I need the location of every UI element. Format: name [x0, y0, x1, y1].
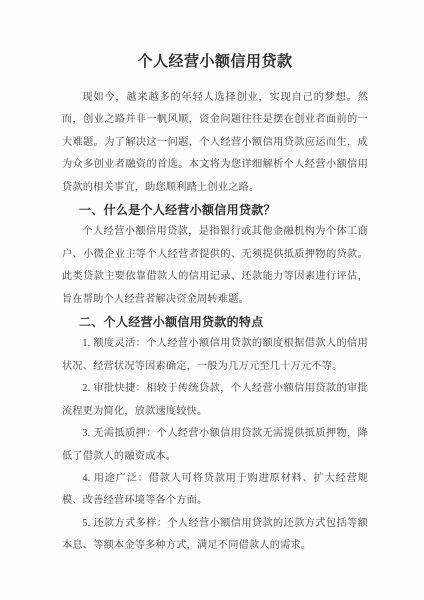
feature-item: 4. 用途广泛：借款人可将贷款用于购进原材料、扩大经营规模、改善经营环境等各个方…	[62, 468, 368, 513]
section-2-heading: 二、个人经营小额信用贷款的特点	[62, 311, 368, 333]
intro-paragraph: 现如今，越来越多的年轻人选择创业，实现自己的梦想。然而，创业之路并非一帆风顺，资…	[62, 87, 368, 199]
feature-item: 5. 还款方式多样：个人经营小额信用贷款的还款方式包括等额本息、等额本金等多种方…	[62, 513, 368, 558]
feature-item: 2. 审批快捷：相较于传统贷款，个人经营小额信用贷款的审批流程更为简化，放款速度…	[62, 378, 368, 423]
document-title: 个人经营小额信用贷款	[62, 50, 368, 74]
feature-item: 3. 无需抵质押：个人经营小额信用贷款无需提供抵质押物，降低了借款人的融资成本。	[62, 423, 368, 468]
document-page: 个人经营小额信用贷款 现如今，越来越多的年轻人选择创业，实现自己的梦想。然而，创…	[0, 0, 424, 600]
section-1-heading: 一、什么是个人经营小额信用贷款？	[62, 199, 368, 221]
feature-item: 1. 额度灵活：个人经营小额信用贷款的额度根据借款人的信用状况、经营状况等因素确…	[62, 333, 368, 378]
section-1-paragraph: 个人经营小额信用贷款，是指银行或其他金融机构为个体工商户、小微企业主等个人经营者…	[62, 221, 368, 311]
